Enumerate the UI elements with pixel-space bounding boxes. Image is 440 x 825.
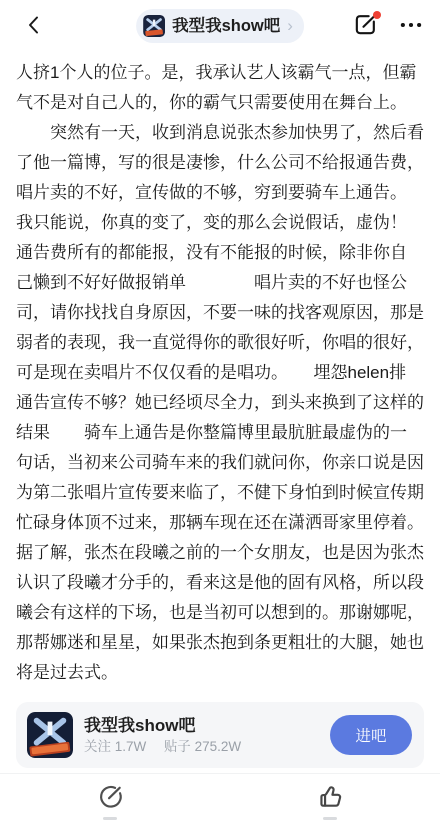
notification-dot — [373, 11, 381, 19]
forum-card-name: 我型我show吧 — [84, 716, 330, 736]
thumbs-up-icon — [316, 782, 345, 814]
forum-pill-name: 我型我show吧 — [172, 18, 280, 35]
chevron-right-icon: › — [287, 17, 293, 36]
forum-card[interactable]: 我型我show吧 关注 1.7W 贴子 275.2W 进吧 — [16, 702, 424, 768]
toolbar-label-cutoff — [323, 817, 337, 820]
reply-button[interactable] — [0, 774, 220, 825]
post-text: 人挤1个人的位子。是，我承认艺人该霸气一点，但霸 气不是对自己人的，你的霸气只需… — [16, 58, 424, 688]
reply-pen-icon — [96, 782, 125, 814]
tieba-post-screen: 我型我show吧 › — [0, 0, 440, 825]
forum-pill[interactable]: 我型我show吧 › — [136, 9, 304, 43]
posts-label: 贴子 — [164, 739, 191, 754]
back-button[interactable] — [16, 8, 52, 44]
toolbar-label-cutoff — [103, 817, 117, 820]
follow-label: 关注 — [84, 739, 111, 754]
chevron-left-icon — [22, 13, 46, 40]
post-content: 人挤1个人的位子。是，我承认艺人该霸气一点，但霸 气不是对自己人的，你的霸气只需… — [0, 52, 440, 688]
follow-count: 1.7W — [115, 739, 147, 754]
header-actions — [350, 11, 426, 41]
more-button[interactable] — [396, 11, 426, 41]
forum-avatar — [143, 15, 165, 37]
posts-count: 275.2W — [195, 739, 242, 754]
top-bar: 我型我show吧 › — [0, 0, 440, 52]
enter-forum-button[interactable]: 进吧 — [330, 715, 412, 755]
like-button[interactable] — [220, 774, 440, 825]
bottom-toolbar — [0, 773, 440, 825]
forum-card-stats: 关注 1.7W 贴子 275.2W — [84, 740, 330, 754]
forum-card-info: 我型我show吧 关注 1.7W 贴子 275.2W — [84, 716, 330, 754]
more-icon — [398, 12, 424, 41]
compose-button[interactable] — [350, 11, 380, 41]
forum-avatar-large — [27, 712, 73, 758]
